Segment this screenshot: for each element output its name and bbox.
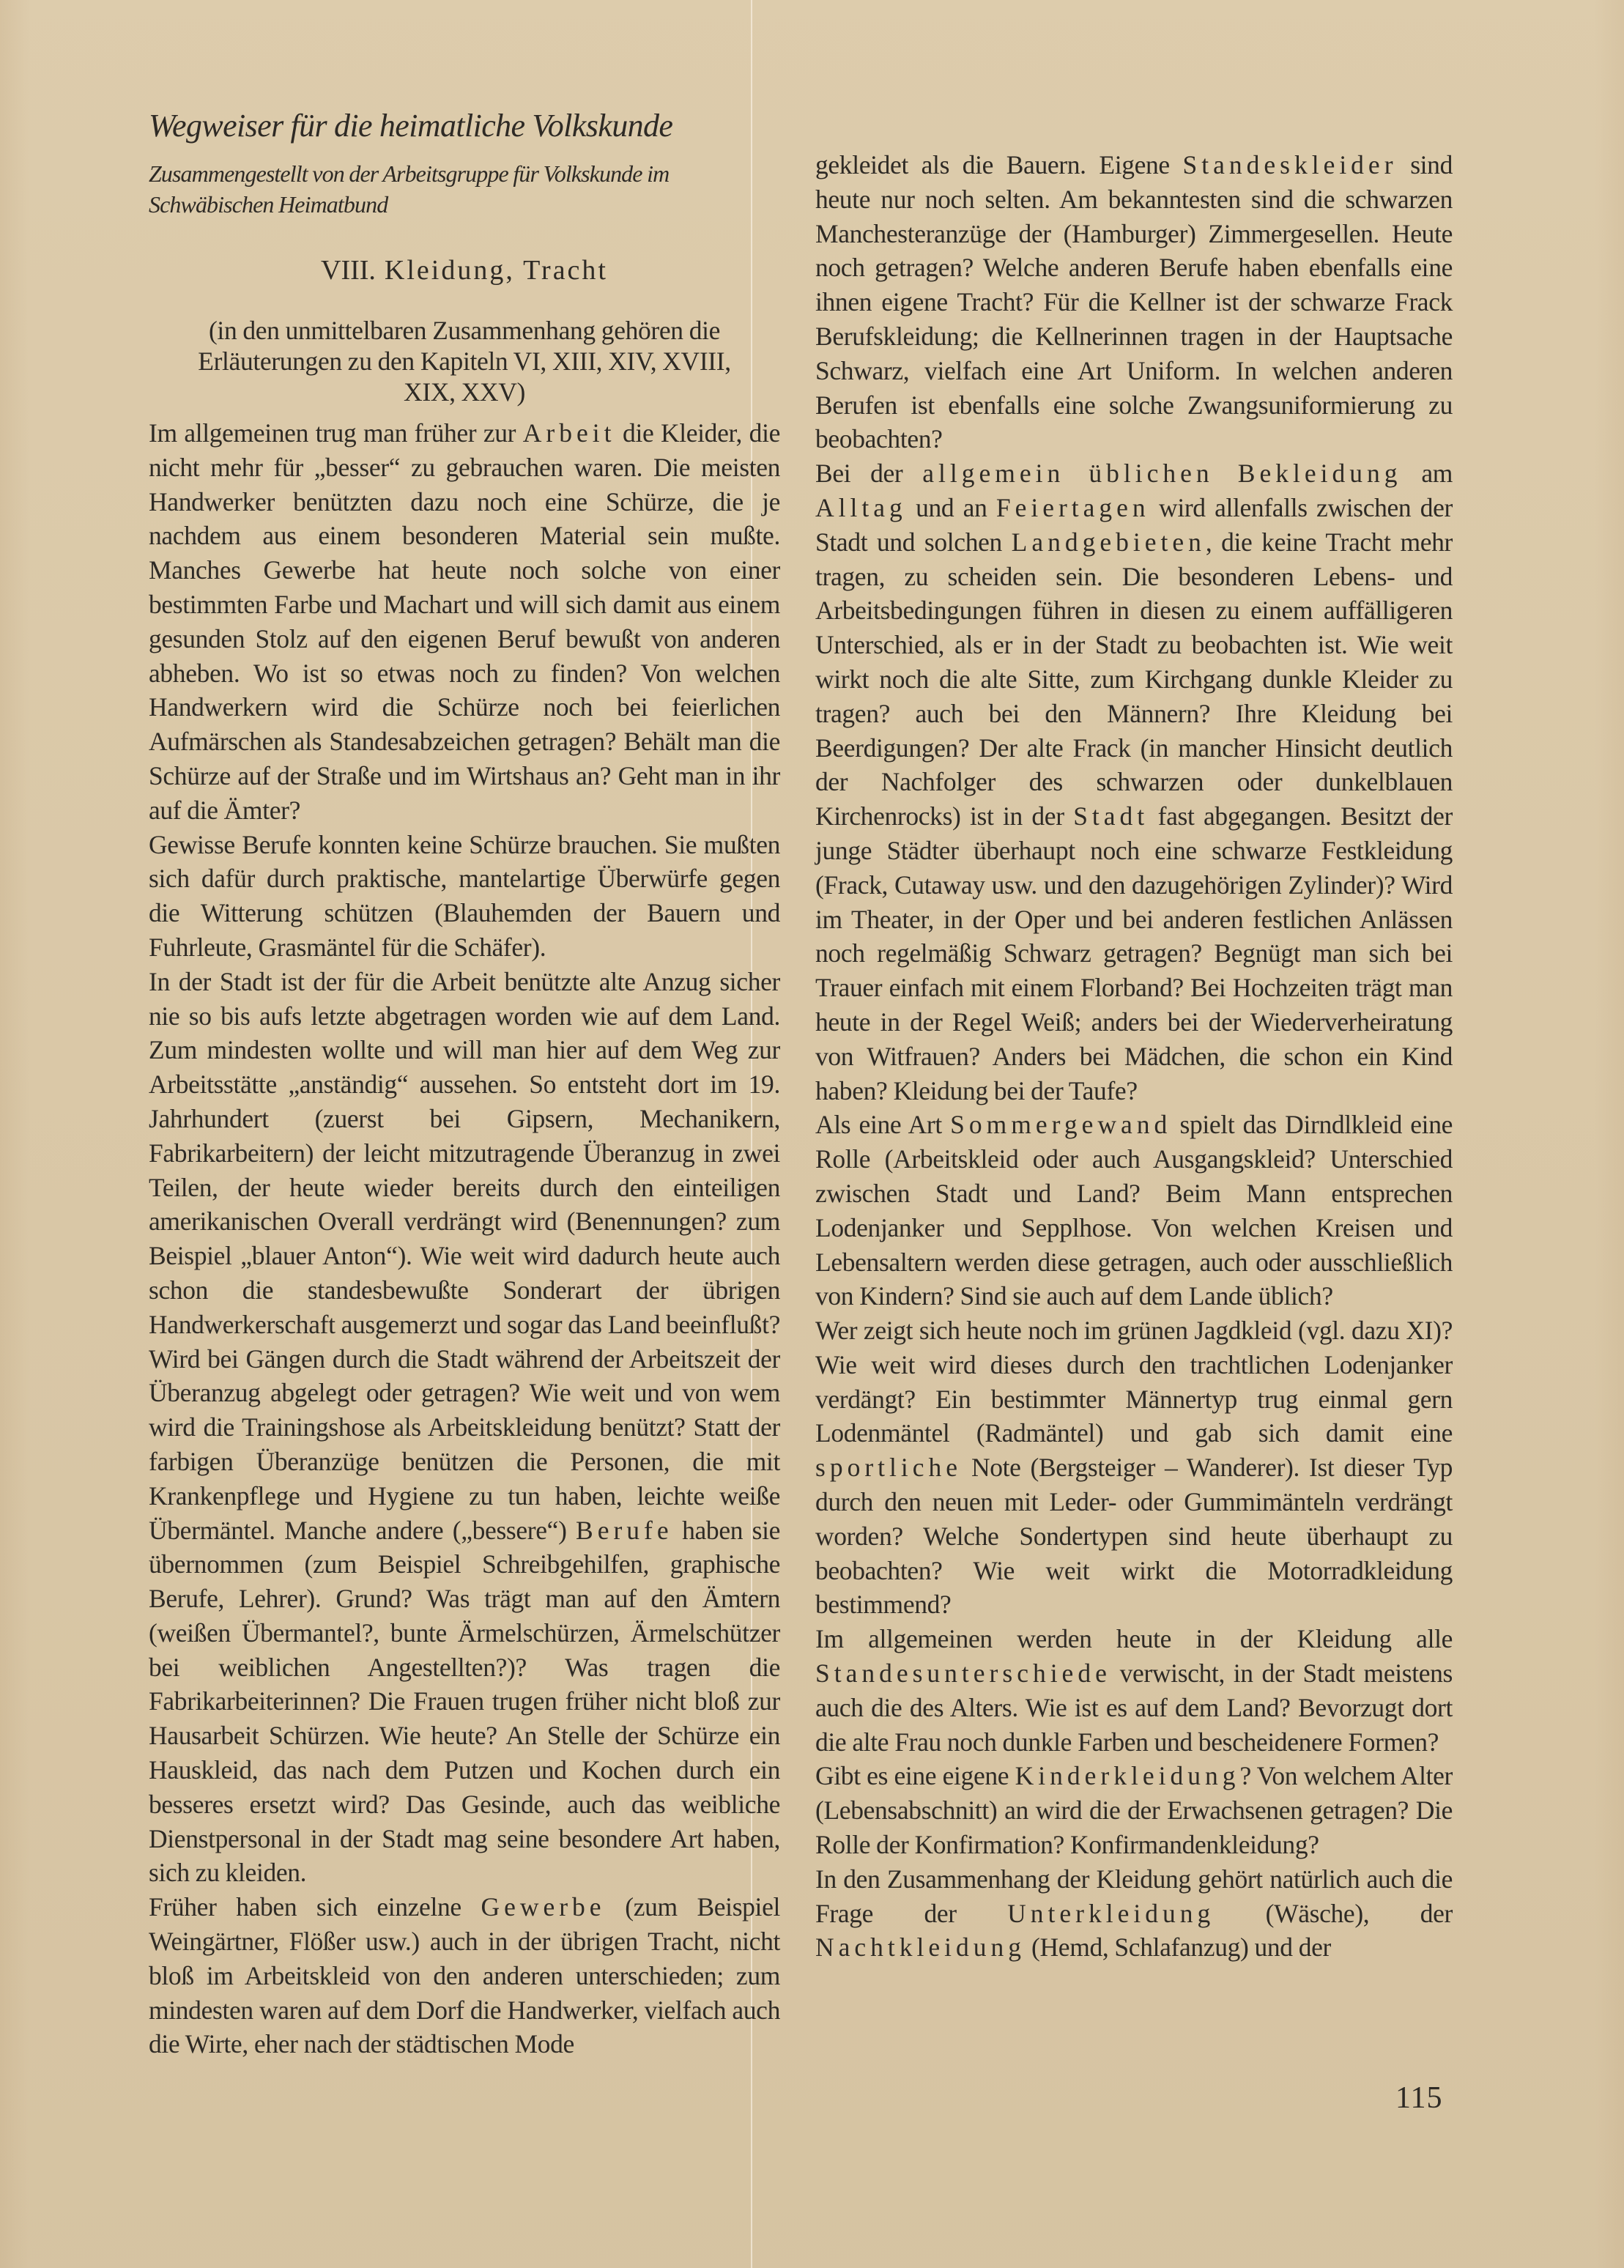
text-run: am: [1401, 459, 1453, 488]
right-column: gekleidet als die Bauern. Eigene Standes…: [815, 148, 1453, 1965]
left-body-text: Im allgemeinen trug man früher zur Arbei…: [149, 416, 780, 2061]
section-note: (in den unmittelbaren Zusammenhang gehör…: [149, 315, 780, 407]
emphasized-term: allgemein üblichen Bekleidung: [922, 459, 1401, 488]
text-run: (Hemd, Schlafanzug) und der: [1026, 1932, 1331, 1962]
text-run: Gibt es eine eigene: [815, 1761, 1015, 1790]
section-number: VIII.: [321, 255, 376, 286]
paragraph: Als eine Art Sommergewand spielt das Dir…: [815, 1108, 1453, 1313]
paragraph: Im allgemeinen trug man früher zur Arbei…: [149, 416, 780, 828]
emphasized-term: Nachtkleidung: [815, 1932, 1026, 1962]
paragraph: Früher haben sich einzelne Gewerbe (zum …: [149, 1890, 780, 2061]
paragraph: Im allgemeinen werden heute in der Kleid…: [815, 1622, 1453, 1759]
emphasized-term: Berufe: [576, 1516, 673, 1545]
emphasized-term: Standeskleider: [1183, 150, 1398, 179]
text-run: Früher haben sich einzelne: [149, 1892, 481, 1921]
emphasized-term: Sommergewand: [950, 1110, 1171, 1139]
section-heading: VIII. Kleidung, Tracht: [149, 252, 780, 289]
paragraph: Bei der allgemein üblichen Bekleidung am…: [815, 456, 1453, 1108]
text-run: Als eine Art: [815, 1110, 950, 1139]
page-number: 115: [1395, 2080, 1442, 2116]
paragraph: In der Stadt ist der für die Arbeit benü…: [149, 965, 780, 1891]
emphasized-term: Alltag: [815, 493, 907, 522]
left-column: Wegweiser für die heimatliche Volkskunde…: [149, 105, 780, 2061]
emphasized-term: Unterkleidung: [1007, 1899, 1215, 1928]
emphasized-term: Feiertagen: [996, 493, 1150, 522]
text-run: und an: [907, 493, 996, 522]
text-run: Wer zeigt sich heute noch im grünen Jagd…: [815, 1316, 1453, 1448]
emphasized-term: Standesunterschiede: [815, 1659, 1111, 1688]
article-title: Wegweiser für die heimatliche Volkskunde: [149, 105, 780, 147]
text-run: fast abgegangen. Besitzt der junge Städt…: [815, 801, 1453, 1105]
right-body-text: gekleidet als die Bauern. Eigene Standes…: [815, 148, 1453, 1965]
emphasized-term: Landgebieten: [1012, 527, 1206, 557]
emphasized-term: Gewerbe: [481, 1892, 605, 1921]
article-subtitle: Zusammengestellt von der Arbeitsgruppe f…: [149, 158, 780, 220]
paragraph: gekleidet als die Bauern. Eigene Standes…: [815, 148, 1453, 456]
text-run: (Wäsche), der: [1215, 1899, 1453, 1928]
paragraph: Gewisse Berufe konnten keine Schürze bra…: [149, 828, 780, 965]
text-run: gekleidet als die Bauern. Eigene: [815, 150, 1183, 179]
text-run: Bei der: [815, 459, 922, 488]
paragraph: In den Zusammenhang der Kleidung gehört …: [815, 1862, 1453, 1965]
emphasized-term: Kinderkleidung: [1015, 1761, 1240, 1790]
paragraph: Wer zeigt sich heute noch im grünen Jagd…: [815, 1313, 1453, 1622]
text-run: Im allgemeinen trug man früher zur: [149, 418, 523, 448]
text-run: Gewisse Berufe konnten keine Schürze bra…: [149, 830, 780, 962]
text-run: Im allgemeinen werden heute in der Kleid…: [815, 1624, 1453, 1653]
text-run: , die keine Tracht mehr tragen, zu schei…: [815, 527, 1453, 831]
emphasized-term: Arbeit: [523, 418, 616, 448]
section-title: Kleidung, Tracht: [385, 255, 608, 286]
emphasized-term: sportliche: [815, 1453, 962, 1482]
paragraph: Gibt es eine eigene Kinderkleidung? Von …: [815, 1759, 1453, 1861]
text-run: haben sie übernommen (zum Beispiel Schre…: [149, 1516, 780, 1888]
text-run: In der Stadt ist der für die Arbeit benü…: [149, 967, 780, 1545]
text-run: sind heute nur noch selten. Am bekanntes…: [815, 150, 1453, 453]
emphasized-term: Stadt: [1073, 801, 1149, 831]
text-run: spielt das Dirndlkleid eine Rolle (Arbei…: [815, 1110, 1453, 1311]
text-run: die Kleider, die nicht mehr für „besser“…: [149, 418, 780, 825]
